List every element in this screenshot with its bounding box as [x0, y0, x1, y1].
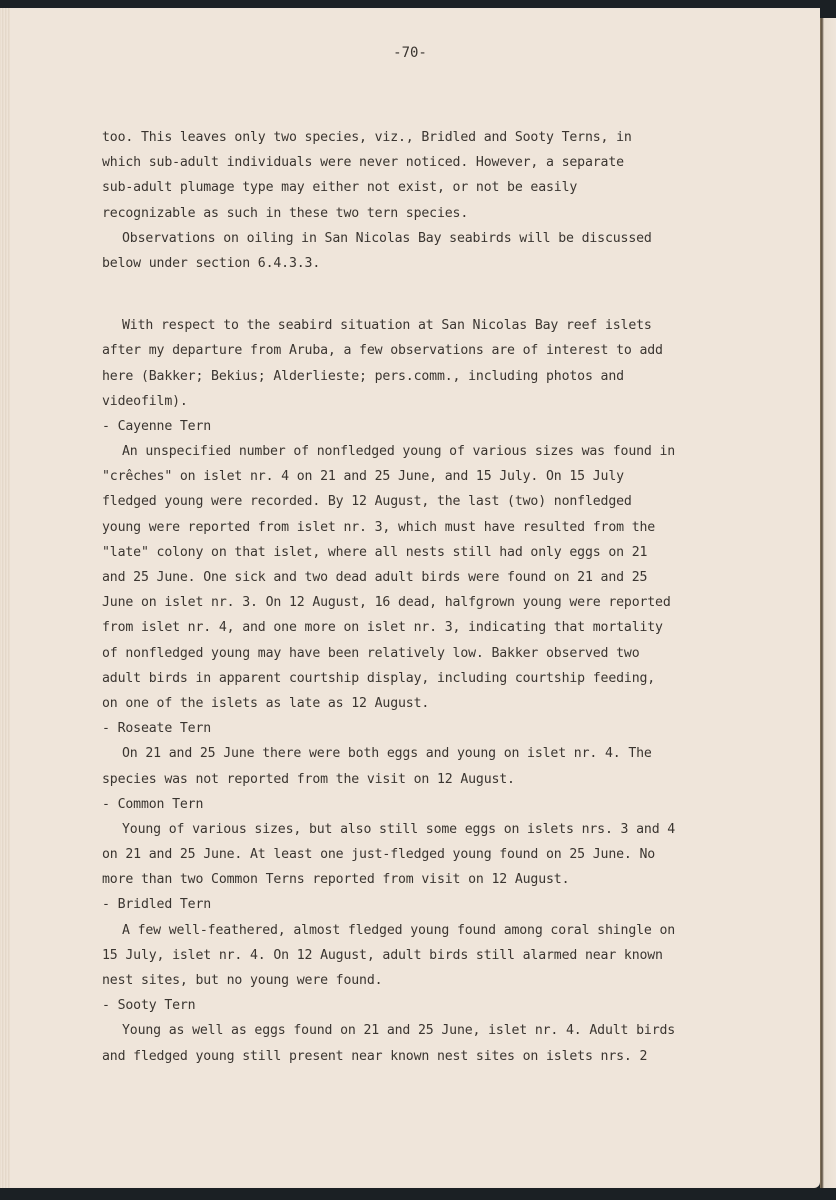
text-line: A few well-feathered, almost fledged you…: [102, 918, 742, 943]
page-stack-edge: [0, 8, 10, 1188]
scanned-page-view: -70- too. This leaves only two species, …: [0, 0, 836, 1200]
text-line: too. This leaves only two species, viz.,…: [102, 125, 742, 150]
species-section-bridled-tern: - Bridled Tern A few well-feathered, alm…: [102, 892, 742, 993]
text-line: 15 July, islet nr. 4. On 12 August, adul…: [102, 943, 742, 968]
text-line: species was not reported from the visit …: [102, 767, 742, 792]
text-line: on 21 and 25 June. At least one just-fle…: [102, 842, 742, 867]
species-section-sooty-tern: - Sooty Tern Young as well as eggs found…: [102, 993, 742, 1069]
text-line: sub-adult plumage type may either not ex…: [102, 175, 742, 200]
species-heading: - Roseate Tern: [102, 716, 742, 741]
text-line: "late" colony on that islet, where all n…: [102, 540, 742, 565]
text-line: An unspecified number of nonfledged youn…: [102, 439, 742, 464]
species-heading: - Bridled Tern: [102, 892, 742, 917]
page-number: -70-: [0, 45, 820, 61]
text-line: Young as well as eggs found on 21 and 25…: [102, 1018, 742, 1043]
paragraph-continuation: too. This leaves only two species, viz.,…: [102, 125, 742, 226]
text-line: Observations on oiling in San Nicolas Ba…: [102, 226, 742, 251]
text-line: With respect to the seabird situation at…: [102, 313, 742, 338]
text-line: nest sites, but no young were found.: [102, 968, 742, 993]
species-heading: - Sooty Tern: [102, 993, 742, 1018]
paragraph-gap: [102, 276, 742, 313]
text-line: On 21 and 25 June there were both eggs a…: [102, 741, 742, 766]
species-heading: - Cayenne Tern: [102, 414, 742, 439]
paragraph-after-departure: With respect to the seabird situation at…: [102, 313, 742, 414]
text-line: after my departure from Aruba, a few obs…: [102, 338, 742, 363]
text-line: "crêches" on islet nr. 4 on 21 and 25 Ju…: [102, 464, 742, 489]
species-section-common-tern: - Common Tern Young of various sizes, bu…: [102, 792, 742, 893]
species-section-cayenne-tern: - Cayenne Tern An unspecified number of …: [102, 414, 742, 716]
body-text: too. This leaves only two species, viz.,…: [102, 125, 742, 1069]
text-line: adult birds in apparent courtship displa…: [102, 666, 742, 691]
text-line: from islet nr. 4, and one more on islet …: [102, 615, 742, 640]
text-line: and fledged young still present near kno…: [102, 1044, 742, 1069]
paragraph-oiling: Observations on oiling in San Nicolas Ba…: [102, 226, 742, 276]
text-line: recognizable as such in these two tern s…: [102, 201, 742, 226]
species-section-roseate-tern: - Roseate Tern On 21 and 25 June there w…: [102, 716, 742, 792]
text-line: here (Bakker; Bekius; Alderlieste; pers.…: [102, 364, 742, 389]
text-line: fledged young were recorded. By 12 Augus…: [102, 489, 742, 514]
text-line: below under section 6.4.3.3.: [102, 251, 742, 276]
text-line: of nonfledged young may have been relati…: [102, 641, 742, 666]
text-line: on one of the islets as late as 12 Augus…: [102, 691, 742, 716]
species-heading: - Common Tern: [102, 792, 742, 817]
book-gutter: [820, 18, 836, 1188]
text-line: and 25 June. One sick and two dead adult…: [102, 565, 742, 590]
text-line: young were reported from islet nr. 3, wh…: [102, 515, 742, 540]
text-line: which sub-adult individuals were never n…: [102, 150, 742, 175]
text-line: videofilm).: [102, 389, 742, 414]
text-line: June on islet nr. 3. On 12 August, 16 de…: [102, 590, 742, 615]
text-line: more than two Common Terns reported from…: [102, 867, 742, 892]
text-line: Young of various sizes, but also still s…: [102, 817, 742, 842]
